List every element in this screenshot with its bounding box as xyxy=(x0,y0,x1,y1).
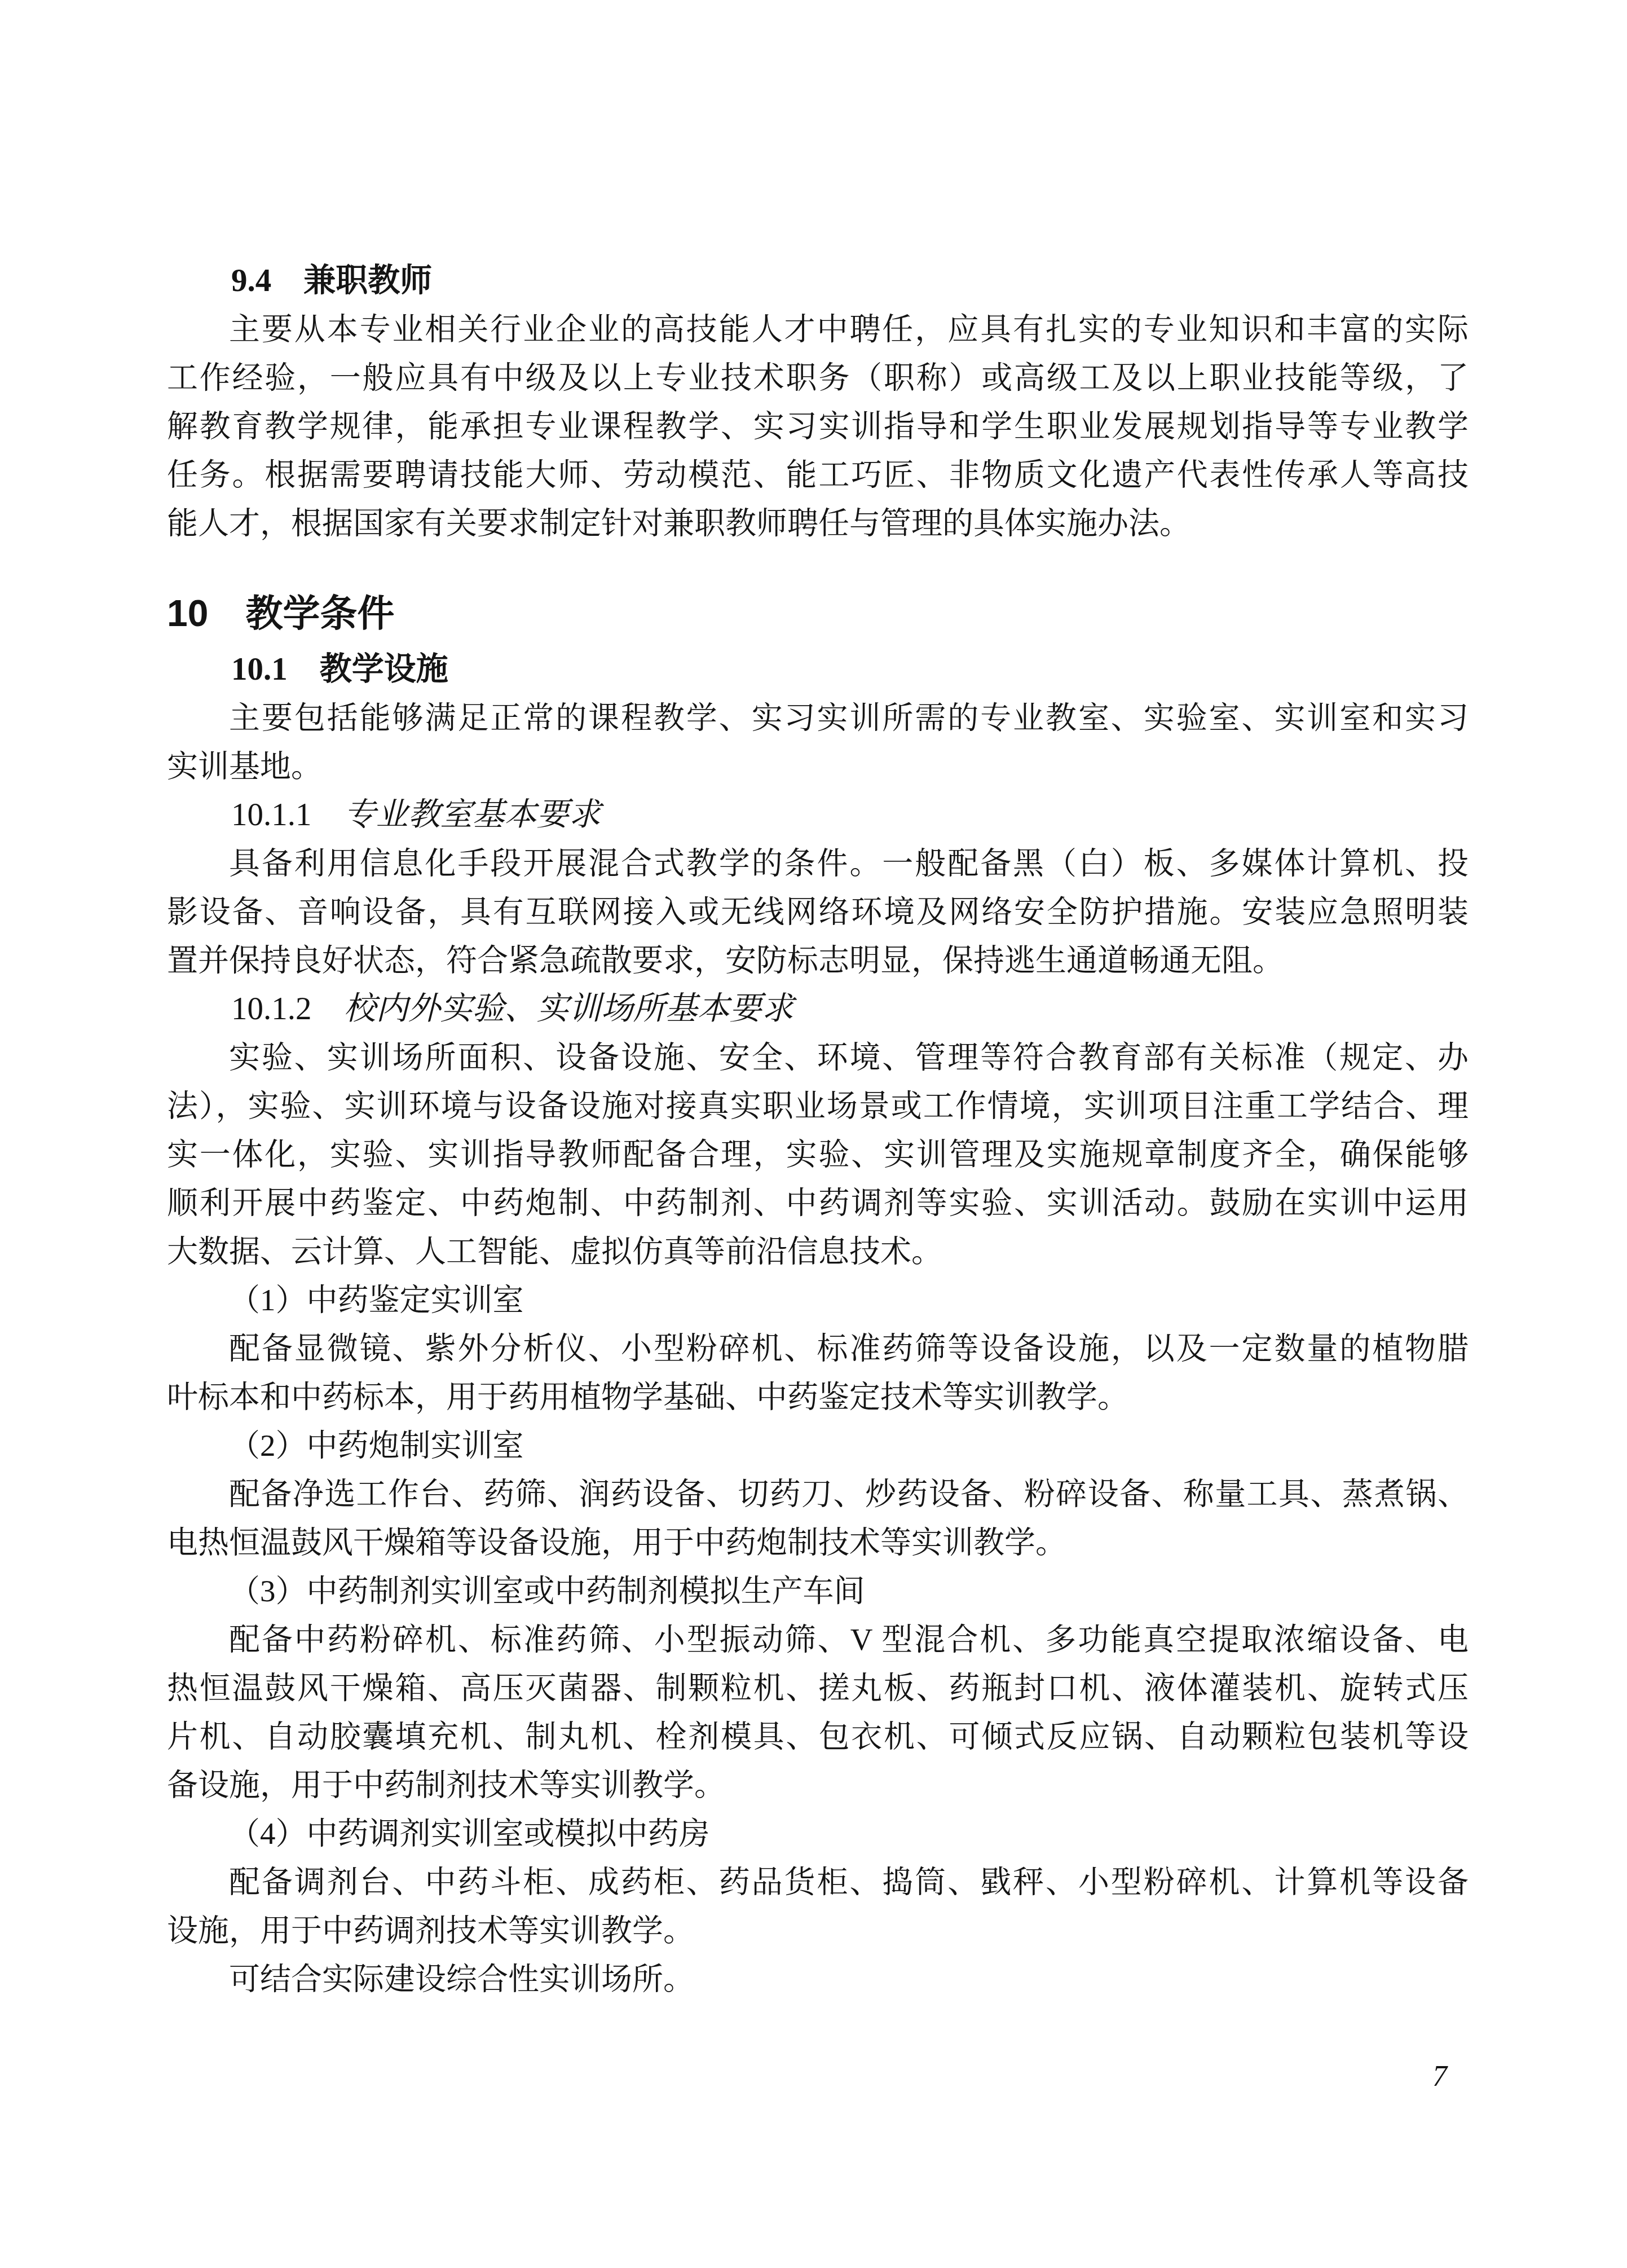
heading-number: 10.1 xyxy=(231,651,288,687)
paragraph-line: 置并保持良好状态，符合紧急疏散要求，安防标志明显，保持逃生通道畅通无阻。 xyxy=(167,936,1469,985)
paragraph: 具备利用信息化手段开展混合式教学的条件。一般配备黑（白）板、多媒体计算机、投影设… xyxy=(167,839,1469,985)
paragraph-line: 实一体化，实验、实训指导教师配备合理，实验、实训管理及实施规章制度齐全，确保能够 xyxy=(167,1130,1469,1179)
paragraph-line: 热恒温鼓风干燥箱、高压灭菌器、制颗粒机、搓丸板、药瓶封口机、液体灌装机、旋转式压 xyxy=(167,1664,1469,1712)
section-heading-10-1-2: 10.1.2校内外实验、实训场所基本要求 xyxy=(167,985,1469,1033)
document-body: 9.4兼职教师主要从本专业相关行业企业的高技能人才中聘任，应具有扎实的专业知识和… xyxy=(167,256,1469,2003)
paragraph-line: 法），实验、实训环境与设备设施对接真实职业场景或工作情境，实训项目注重工学结合、… xyxy=(167,1082,1469,1130)
paragraph: 配备中药粉碎机、标准药筛、小型振动筛、V 型混合机、多功能真空提取浓缩设备、电热… xyxy=(167,1615,1469,1809)
paragraph: 配备调剂台、中药斗柜、成药柜、药品货柜、捣筒、戥秤、小型粉碎机、计算机等设备设施… xyxy=(167,1858,1469,1955)
heading-title: 教学条件 xyxy=(245,592,394,634)
paragraph-line: 叶标本和中药标本，用于药用植物学基础、中药鉴定技术等实训教学。 xyxy=(167,1373,1469,1421)
paragraph-line: 影设备、音响设备，具有互联网接入或无线网络环境及网络安全防护措施。安装应急照明装 xyxy=(167,888,1469,936)
paragraph-line: 配备调剂台、中药斗柜、成药柜、药品货柜、捣筒、戥秤、小型粉碎机、计算机等设备 xyxy=(167,1858,1469,1906)
heading-title: 校内外实验、实训场所基本要求 xyxy=(344,991,794,1027)
heading-title: 专业教室基本要求 xyxy=(344,797,601,833)
paragraph-line: 大数据、云计算、人工智能、虚拟仿真等前沿信息技术。 xyxy=(167,1227,1469,1276)
document-page: 9.4兼职教师主要从本专业相关行业企业的高技能人才中聘任，应具有扎实的专业知识和… xyxy=(0,0,1627,2268)
paragraph-line: 任务。根据需要聘请技能大师、劳动模范、能工巧匠、非物质文化遗产代表性传承人等高技 xyxy=(167,451,1469,499)
paragraph-line: 片机、自动胶囊填充机、制丸机、栓剂模具、包衣机、可倾式反应锅、自动颗粒包装机等设 xyxy=(167,1712,1469,1761)
section-heading-10-1: 10.1教学设施 xyxy=(167,645,1469,694)
paragraph-line: 顺利开展中药鉴定、中药炮制、中药制剂、中药调剂等实验、实训活动。鼓励在实训中运用 xyxy=(167,1179,1469,1227)
paragraph-line: 具备利用信息化手段开展混合式教学的条件。一般配备黑（白）板、多媒体计算机、投 xyxy=(167,839,1469,888)
paragraph-line: 能人才，根据国家有关要求制定针对兼职教师聘任与管理的具体实施办法。 xyxy=(167,499,1469,548)
heading-number: 10 xyxy=(167,592,208,634)
paragraph-line: 实训基地。 xyxy=(167,742,1469,791)
heading-number: 10.1.2 xyxy=(231,991,312,1027)
heading-title: 兼职教师 xyxy=(303,262,432,298)
paragraph-line: 配备净选工作台、药筛、润药设备、切药刀、炒药设备、粉碎设备、称量工具、蒸煮锅、 xyxy=(167,1470,1469,1518)
paragraph: 配备显微镜、紫外分析仪、小型粉碎机、标准药筛等设备设施，以及一定数量的植物腊叶标… xyxy=(167,1324,1469,1421)
paragraph: 配备净选工作台、药筛、润药设备、切药刀、炒药设备、粉碎设备、称量工具、蒸煮锅、电… xyxy=(167,1470,1469,1567)
section-heading-9-4: 9.4兼职教师 xyxy=(167,256,1469,305)
paragraph-line: 配备显微镜、紫外分析仪、小型粉碎机、标准药筛等设备设施，以及一定数量的植物腊 xyxy=(167,1324,1469,1373)
paragraph-line: 备设施，用于中药制剂技术等实训教学。 xyxy=(167,1761,1469,1809)
paragraph-line: 实验、实训场所面积、设备设施、安全、环境、管理等符合教育部有关标准（规定、办 xyxy=(167,1033,1469,1082)
page-number: 7 xyxy=(1432,2060,1447,2093)
paragraph-line: 设施，用于中药调剂技术等实训教学。 xyxy=(167,1906,1469,1955)
paragraph-line: 解教育教学规律，能承担专业课程教学、实习实训指导和学生职业发展规划指导等专业教学 xyxy=(167,402,1469,451)
list-item: （1）中药鉴定实训室 xyxy=(167,1276,1469,1324)
paragraph-line: 主要包括能够满足正常的课程教学、实习实训所需的专业教室、实验室、实训室和实习 xyxy=(167,694,1469,742)
paragraph-line: 电热恒温鼓风干燥箱等设备设施，用于中药炮制技术等实训教学。 xyxy=(167,1518,1469,1567)
paragraph-line: 主要从本专业相关行业企业的高技能人才中聘任，应具有扎实的专业知识和丰富的实际 xyxy=(167,305,1469,354)
section-heading-10-1-1: 10.1.1专业教室基本要求 xyxy=(167,791,1469,839)
paragraph-line: 配备中药粉碎机、标准药筛、小型振动筛、V 型混合机、多功能真空提取浓缩设备、电 xyxy=(167,1615,1469,1664)
paragraph: 主要从本专业相关行业企业的高技能人才中聘任，应具有扎实的专业知识和丰富的实际工作… xyxy=(167,305,1469,548)
paragraph-line: 工作经验，一般应具有中级及以上专业技术职务（职称）或高级工及以上职业技能等级，了 xyxy=(167,354,1469,402)
list-item: 可结合实际建设综合性实训场所。 xyxy=(167,1955,1469,2003)
heading-title: 教学设施 xyxy=(320,651,448,687)
list-item: （2）中药炮制实训室 xyxy=(167,1421,1469,1470)
list-item: （4）中药调剂实训室或模拟中药房 xyxy=(167,1809,1469,1858)
paragraph: 实验、实训场所面积、设备设施、安全、环境、管理等符合教育部有关标准（规定、办法）… xyxy=(167,1033,1469,1276)
list-item: （3）中药制剂实训室或中药制剂模拟生产车间 xyxy=(167,1567,1469,1615)
heading-number: 9.4 xyxy=(231,263,271,298)
paragraph: 主要包括能够满足正常的课程教学、实习实训所需的专业教室、实验室、实训室和实习实训… xyxy=(167,694,1469,791)
section-heading-10: 10教学条件 xyxy=(167,582,1469,645)
heading-number: 10.1.1 xyxy=(231,797,312,833)
